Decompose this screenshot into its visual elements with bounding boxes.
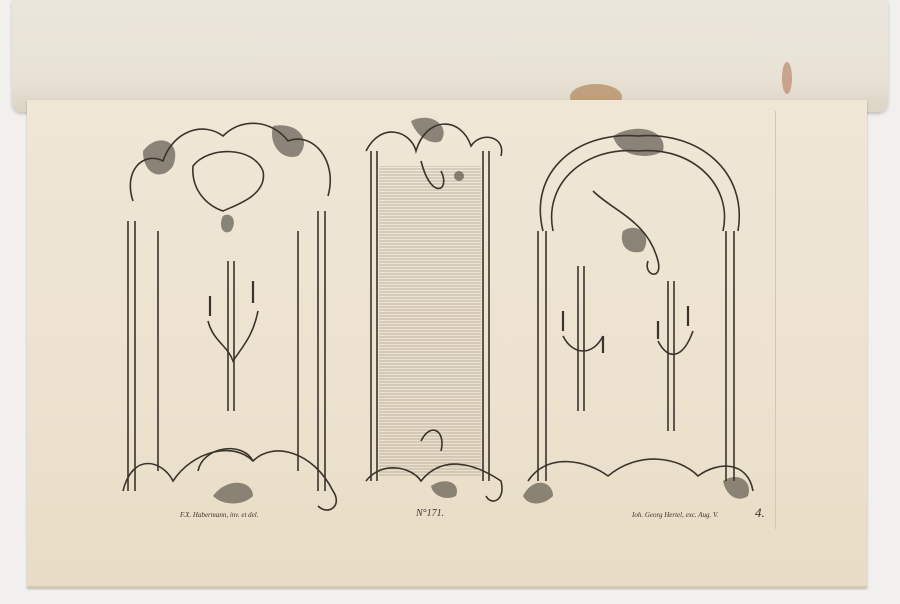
publisher-caption: Ioh. Georg Hertel, exc. Aug. V. — [632, 511, 718, 519]
stain-mark — [782, 62, 792, 94]
rococo-frame-left-illustration — [113, 111, 353, 516]
rococo-frame-right-illustration — [518, 111, 763, 516]
engraving-plate — [103, 111, 776, 529]
curled-page — [12, 0, 888, 112]
center-panel — [361, 111, 511, 516]
rococo-frame-center-illustration — [361, 111, 511, 516]
right-panel — [518, 111, 763, 516]
left-panel — [113, 111, 353, 516]
plate-number: N°171. — [416, 508, 444, 519]
designer-caption: F.X. Habermann, inv. et del. — [180, 511, 258, 519]
page-number: 4. — [755, 505, 765, 521]
